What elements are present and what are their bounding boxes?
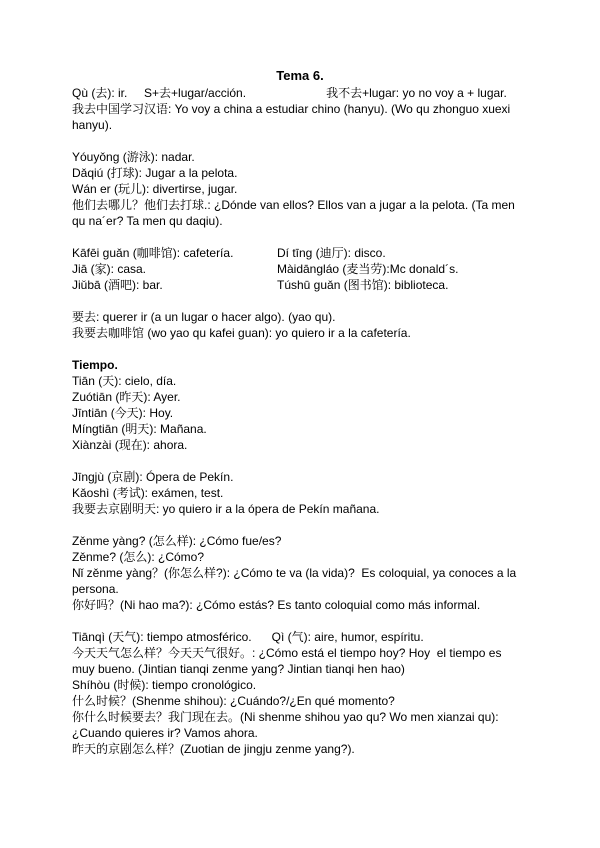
text-line: Zěnme yàng? (怎么样): ¿Cómo fue/es? — [72, 533, 534, 549]
document-page: Tema 6.Qù (去): ir. S+去+lugar/acción. 我不去… — [0, 0, 600, 848]
text-line: 今天天气怎么样？今天天气很好。: ¿Cómo está el tiempo ho… — [72, 645, 534, 661]
text-line: 我去中国学习汉语: Yo voy a china a estudiar chin… — [72, 101, 534, 117]
text-line: 我要去京剧明天: yo quiero ir a la ópera de Pekí… — [72, 501, 534, 517]
text-line: Qù (去): ir. S+去+lugar/acción. 我不去+lugar:… — [72, 85, 534, 101]
text-line: Shíhòu (时候): tiempo cronológico. — [72, 677, 534, 693]
text-line: 什么时候？(Shenme shihou): ¿Cuándo?/¿En qué m… — [72, 693, 534, 709]
text-line: qu na´er? Ta men qu daqiu). — [72, 213, 534, 229]
text-line: Dǎqiú (打球): Jugar a la pelota. — [72, 165, 534, 181]
text-line: Jīntiān (今天): Hoy. — [72, 405, 534, 421]
text-line: persona. — [72, 581, 534, 597]
text-line: Tiān (天): cielo, día. — [72, 373, 534, 389]
text-line: Tiānqì (天气): tiempo atmosférico. Qì (气):… — [72, 629, 534, 645]
text-line: muy bueno. (Jintian tianqi zenme yang? J… — [72, 661, 534, 677]
text-line: 昨天的京剧怎么样？(Zuotian de jingju zenme yang?)… — [72, 741, 534, 757]
text-line: 你什么时候要去？我门现在去。(Ni shenme shihou yao qu? … — [72, 709, 534, 725]
blank-line — [72, 613, 534, 629]
blank-line — [72, 229, 534, 245]
blank-line — [72, 517, 534, 533]
blank-line — [72, 341, 534, 357]
right-column-text: Màidāngláo (麦当劳):Mc donald´s. — [277, 262, 458, 276]
two-column-line: Jiǔbā (酒吧): bar.Túshū guǎn (图书馆): biblio… — [72, 277, 534, 293]
left-column-text: Kāfēi guǎn (咖啡馆): cafetería. — [72, 245, 277, 261]
text-line: Yóuyǒng (游泳): nadar. — [72, 149, 534, 165]
text-line: 你好吗？(Ni hao ma?): ¿Cómo estás? Es tanto … — [72, 597, 534, 613]
page-title: Tema 6. — [66, 67, 534, 85]
two-column-line: Jiā (家): casa.Màidāngláo (麦当劳):Mc donald… — [72, 261, 534, 277]
text-line: Jīngjù (京剧): Ópera de Pekín. — [72, 469, 534, 485]
text-line: ¿Cuando quieres ir? Vamos ahora. — [72, 725, 534, 741]
two-column-line: Kāfēi guǎn (咖啡馆): cafetería.Dí tīng (迪厅)… — [72, 245, 534, 261]
text-line: Zuótiān (昨天): Ayer. — [72, 389, 534, 405]
text-line: hanyu). — [72, 117, 534, 133]
blank-line — [72, 293, 534, 309]
text-line: Míngtiān (明天): Mañana. — [72, 421, 534, 437]
text-line: 他们去哪儿？他们去打球.: ¿Dónde van ellos? Ellos va… — [72, 197, 534, 213]
blank-line — [72, 453, 534, 469]
left-column-text: Jiǔbā (酒吧): bar. — [72, 277, 277, 293]
blank-line — [72, 133, 534, 149]
section-heading: Tiempo. — [72, 357, 534, 373]
right-column-text: Dí tīng (迪厅): disco. — [277, 246, 386, 260]
text-line: 要去: querer ir (a un lugar o hacer algo).… — [72, 309, 534, 325]
left-column-text: Jiā (家): casa. — [72, 261, 277, 277]
text-line: Nǐ zěnme yàng？(你怎么样?): ¿Cómo te va (la v… — [72, 565, 534, 581]
right-column-text: Túshū guǎn (图书馆): biblioteca. — [277, 278, 448, 292]
text-line: Xiànzài (现在): ahora. — [72, 437, 534, 453]
text-line: 我要去咖啡馆 (wo yao qu kafei guan): yo quiero… — [72, 325, 534, 341]
text-line: Wán er (玩儿): divertirse, jugar. — [72, 181, 534, 197]
text-line: Zěnme? (怎么): ¿Cómo? — [72, 549, 534, 565]
text-line: Kǎoshì (考试): exámen, test. — [72, 485, 534, 501]
